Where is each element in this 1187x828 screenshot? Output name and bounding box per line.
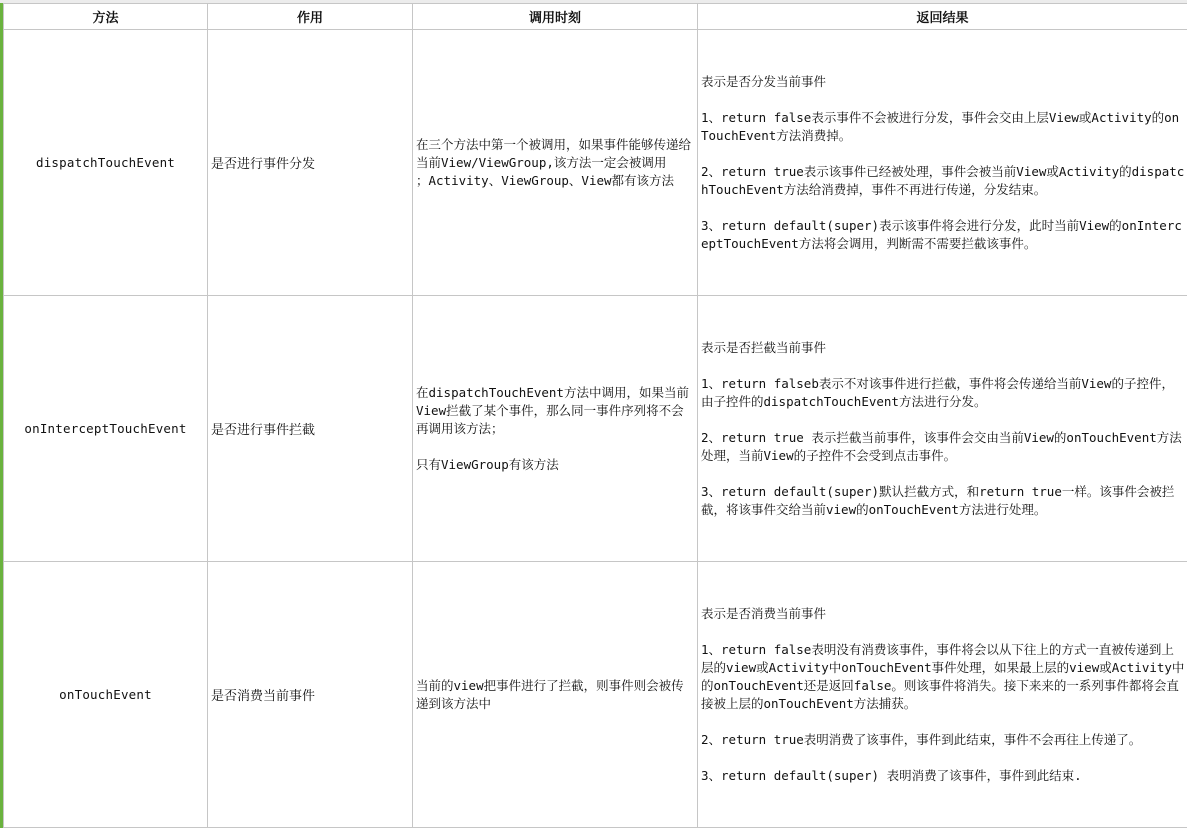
cell-method[interactable]: onTouchEvent: [4, 562, 208, 828]
result-paragraph: 1、return falseb表示不对该事件进行拦截，事件将会传递给当前View…: [701, 375, 1185, 411]
cell-timing[interactable]: 当前的view把事件进行了拦截，则事件则会被传递到该方法中: [413, 562, 698, 828]
timing-paragraph: 只有ViewGroup有该方法: [416, 456, 695, 474]
cell-purpose[interactable]: 是否消费当前事件: [208, 562, 413, 828]
result-summary: 表示是否消费当前事件: [701, 605, 1185, 623]
header-cell-purpose[interactable]: 作用: [208, 4, 413, 30]
cell-purpose[interactable]: 是否进行事件分发: [208, 30, 413, 296]
table-row: onTouchEvent 是否消费当前事件 当前的view把事件进行了拦截，则事…: [4, 562, 1187, 828]
result-summary: 表示是否分发当前事件: [701, 73, 1185, 91]
result-paragraph: 3、return default(super) 表明消费了该事件，事件到此结束.: [701, 767, 1185, 785]
cell-method[interactable]: dispatchTouchEvent: [4, 30, 208, 296]
cell-result[interactable]: 表示是否消费当前事件 1、return false表明没有消费该事件，事件将会以…: [698, 562, 1187, 828]
table-row: dispatchTouchEvent 是否进行事件分发 在三个方法中第一个被调用…: [4, 30, 1187, 296]
timing-paragraph: ；Activity、ViewGroup、View都有该方法: [416, 172, 695, 190]
result-paragraph: 2、return true表明消费了该事件，事件到此结束，事件不会再往上传递了。: [701, 731, 1185, 749]
cell-timing[interactable]: 在dispatchTouchEvent方法中调用，如果当前View拦截了某个事件…: [413, 296, 698, 562]
result-paragraph: 3、return default(super)默认拦截方式，和return tr…: [701, 483, 1185, 519]
table-row: onInterceptTouchEvent 是否进行事件拦截 在dispatch…: [4, 296, 1187, 562]
header-cell-method[interactable]: 方法: [4, 4, 208, 30]
timing-paragraph: 在三个方法中第一个被调用，如果事件能够传递给当前View/ViewGroup,该…: [416, 136, 695, 172]
result-paragraph: 1、return false表明没有消费该事件，事件将会以从下往上的方式一直被传…: [701, 641, 1185, 713]
result-paragraph: 1、return false表示事件不会被进行分发，事件会交由上层View或Ac…: [701, 109, 1185, 145]
cell-result[interactable]: 表示是否分发当前事件 1、return false表示事件不会被进行分发，事件会…: [698, 30, 1187, 296]
header-cell-result[interactable]: 返回结果: [698, 4, 1187, 30]
result-paragraph: 2、return true 表示拦截当前事件，该事件会交由当前View的onTo…: [701, 429, 1185, 465]
touch-event-methods-table: 方法 作用 调用时刻 返回结果 dispatchTouchEvent 是否进行事…: [3, 3, 1187, 828]
cell-result[interactable]: 表示是否拦截当前事件 1、return falseb表示不对该事件进行拦截，事件…: [698, 296, 1187, 562]
result-summary: 表示是否拦截当前事件: [701, 339, 1185, 357]
cell-purpose[interactable]: 是否进行事件拦截: [208, 296, 413, 562]
result-paragraph: 2、return true表示该事件已经被处理，事件会被当前View或Activ…: [701, 163, 1185, 199]
result-paragraph: 3、return default(super)表示该事件将会进行分发，此时当前V…: [701, 217, 1185, 253]
timing-paragraph: 在dispatchTouchEvent方法中调用，如果当前View拦截了某个事件…: [416, 384, 695, 438]
cell-timing[interactable]: 在三个方法中第一个被调用，如果事件能够传递给当前View/ViewGroup,该…: [413, 30, 698, 296]
header-row: 方法 作用 调用时刻 返回结果: [4, 4, 1187, 30]
cell-method[interactable]: onInterceptTouchEvent: [4, 296, 208, 562]
header-cell-timing[interactable]: 调用时刻: [413, 4, 698, 30]
timing-paragraph: 当前的view把事件进行了拦截，则事件则会被传递到该方法中: [416, 677, 695, 713]
